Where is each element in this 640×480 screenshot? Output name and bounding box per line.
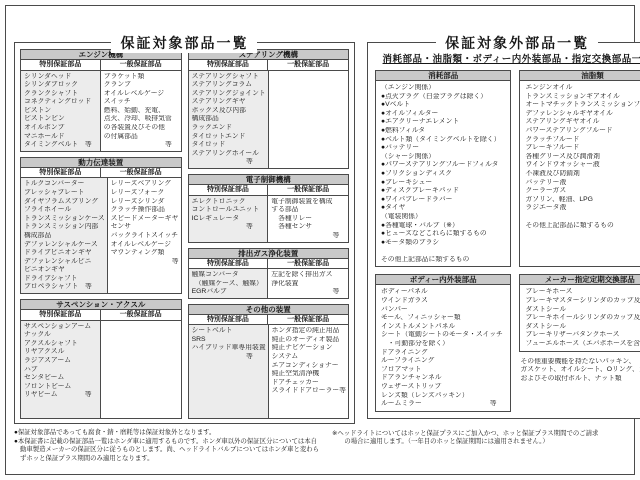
- list-item: クランクシャフト: [24, 90, 98, 99]
- list-item: 等: [192, 353, 266, 362]
- list-item: バンパー: [381, 306, 507, 315]
- engine-general-list: ブラケット類クランプオイルレベルゲージスイッチ燃料、始動、充電、点火、冷却、吸排…: [101, 71, 181, 151]
- table-other-devices: その他の装置 特別保証部品 一般保証部品 シートベルトSRSハイブリッド車専用装…: [188, 304, 349, 419]
- oils-list: エンジンオイルトランスミッションギアオイルオートマチックトランスミッションフルー…: [520, 81, 640, 266]
- covered-parts-column-2: ステアリング機構 特別保証部品 一般保証部品 ステアリングシャフトステアリングコ…: [188, 49, 349, 419]
- list-item: ダイヤフラムスプリング: [24, 198, 105, 207]
- list-item: ●各種電球・バルブ（※）: [381, 222, 507, 231]
- list-item: シリンダブロック: [24, 81, 98, 90]
- list-item: [381, 247, 507, 256]
- table-oils: 油脂類 エンジンオイルトランスミッションギアオイルオートマチックトランスミッショ…: [519, 70, 640, 267]
- list-item: リヤアクスル: [24, 348, 98, 357]
- list-item: サスペンションアーム: [24, 323, 98, 332]
- col-header-special: 特別保証部品: [189, 60, 269, 70]
- other-special-list: シートベルトSRSハイブリッド車専用装置 等: [189, 325, 269, 418]
- list-item: ステアリングジョイント: [192, 90, 266, 99]
- suspension-general-list: [101, 321, 181, 418]
- list-item: 等: [271, 232, 346, 241]
- list-item: 各種グリース及び潤滑剤: [525, 153, 640, 162]
- list-item: 構成部品: [192, 115, 266, 124]
- list-item: 等: [192, 223, 266, 232]
- list-item: 不凍液及び防錆剤: [525, 170, 640, 179]
- exhaust-special-list: 触媒コンバータ （触媒ケース、触媒）EGRバルブ: [189, 269, 269, 298]
- scheduled-replacement-note: その他重要機能を持たないパッキン、ガスケット、オイルシート、Oリング、カバーおよ…: [519, 358, 640, 384]
- steering-general-list: [269, 71, 348, 169]
- list-item: ●フリクションディスク: [381, 170, 507, 179]
- list-item: ICレギュレータ: [192, 215, 266, 224]
- list-item: ウェザーストリップ: [381, 383, 507, 392]
- list-item: （シャーシ関係）: [381, 153, 507, 162]
- list-item: センサ: [111, 223, 179, 232]
- col-header-special: 特別保証部品: [189, 185, 269, 195]
- list-item: ●パワーステアリングフルードフィルタ: [381, 161, 507, 170]
- list-item: レリーズベアリング: [111, 180, 179, 189]
- table-electronic: 電子制御機構 特別保証部品 一般保証部品 エレクトロニックコントロールユニットI…: [188, 174, 349, 242]
- non-covered-subtitle: 消耗部品・油脂類・ボディー内外装部品・指定交換部品一覧: [375, 51, 640, 65]
- list-item: モール、フィニッシャー類: [381, 314, 507, 323]
- list-item: ガソリン、軽油、LPG: [525, 196, 640, 205]
- list-item: タイロットエンド: [192, 133, 266, 142]
- list-item: フロントビーム: [24, 383, 98, 392]
- scheduled-replacement-list: ブレーキホースブレーキマスターシリンダのカップ及びダストシールブレーキホイールシ…: [520, 285, 640, 350]
- list-item: EGRバルブ: [192, 288, 266, 297]
- list-item: 各種リレー: [271, 215, 346, 224]
- list-item: ブレーキフルード: [525, 144, 640, 153]
- col-header-special: 特別保証部品: [21, 60, 101, 70]
- list-item: ウインドウオッシャー液: [525, 161, 640, 170]
- list-item: ナックル: [24, 331, 98, 340]
- list-item: （電装関係）: [381, 213, 507, 222]
- list-item: クランプ: [104, 81, 179, 90]
- table-scheduled-replacement: メーカー指定定期交換部品 ブレーキホースブレーキマスターシリンダのカップ及びダス…: [519, 274, 640, 351]
- powertrain-special-list: トルクコンバータープレッシャプレートダイヤフラムスプリングフライホイールトランス…: [21, 178, 108, 293]
- list-item: （触媒ケース、触媒）: [192, 280, 266, 289]
- footnote-headlight: ※ヘッドライトについてはホッと保証プラスにご加入かつ、ホッと保証プラス期間でのご…: [332, 430, 626, 446]
- list-item: 純正空気清浄機: [272, 370, 346, 379]
- table-other-devices-title: その他の装置: [189, 305, 348, 315]
- list-item: 等: [271, 288, 346, 297]
- col-header-special: 特別保証部品: [21, 310, 101, 320]
- list-item: ホンダ指定の純正用品: [272, 327, 346, 336]
- list-item: SRS: [192, 336, 266, 345]
- col-header-general: 一般保証部品: [101, 60, 181, 70]
- table-electronic-title: 電子制御機構: [189, 175, 348, 185]
- list-item: トランスミッションギアオイル: [525, 93, 640, 102]
- covered-parts-column-1: エンジン機構 特別保証部品 一般保証部品 シリンダヘッドシリンダブロッククランク…: [20, 49, 182, 419]
- table-consumables-title: 消耗部品: [376, 71, 511, 81]
- table-powertrain: 動力伝達装置 特別保証部品 一般保証部品 トルクコンバータープレッシャプレートダ…: [20, 157, 182, 294]
- col-header-special: 特別保証部品: [189, 315, 269, 325]
- list-item: スピードメーターギヤ: [111, 215, 179, 224]
- list-item: オイルレベルゲージ: [111, 241, 179, 250]
- list-item: ハイブリッド車専用装置: [192, 344, 266, 353]
- col-header-general: 一般保証部品: [268, 185, 348, 195]
- list-item: 構成部品: [24, 232, 105, 241]
- list-item: ラジアスアーム: [24, 357, 98, 366]
- table-suspension: サスペンション・アクスル 特別保証部品 一般保証部品 サスペンションアームナック…: [20, 299, 182, 419]
- list-item: 等: [111, 258, 179, 267]
- col-header-general: 一般保証部品: [268, 60, 348, 70]
- list-item: ラックエンド: [192, 124, 266, 133]
- list-item: スイッチ: [104, 98, 179, 107]
- footnote-corrosion: ●保証対象部品であっても腐食・錆・磨耗等は保証対象外となります。: [14, 429, 320, 437]
- table-exhaust-title: 排出ガス浄化装置: [189, 249, 348, 259]
- list-item: 等: [104, 141, 179, 150]
- list-item: ドアライニング: [381, 349, 507, 358]
- list-item: デファレンシャルケース: [24, 241, 105, 250]
- list-item: その他重要機能を持たないパッキン、: [520, 358, 640, 367]
- list-item: クラッチ操作部品: [111, 206, 179, 215]
- list-item: リヤビーム 等: [24, 391, 98, 400]
- list-item: ガスケット、オイルシート、Oリング、カバー: [520, 366, 640, 375]
- list-item: ブレーキホイールシリンダのカップ及び: [525, 314, 640, 323]
- list-item: ●エアクリーナエレメント: [381, 118, 507, 127]
- list-item: ピストン: [24, 107, 98, 116]
- list-item: ●ブレーキシュー: [381, 179, 507, 188]
- covered-parts-title: 保証対象部品一覧: [111, 33, 257, 53]
- table-steering: ステアリング機構 特別保証部品 一般保証部品 ステアリングシャフトステアリングコ…: [188, 49, 349, 169]
- list-item: ●ワイパブレードラバー: [381, 196, 507, 205]
- list-item: タイロッド: [192, 141, 266, 150]
- list-item: ●タイヤ: [381, 204, 507, 213]
- list-item: フロアマット: [381, 366, 507, 375]
- table-body-parts-title: ボディー内外装部品: [376, 275, 511, 285]
- footnote-honda-scope: ●本保証書に記載の保証部品一覧はホンダ車に適用するものです。ホンダ車以外の保証区…: [14, 438, 320, 463]
- col-header-special: 特別保証部品: [21, 168, 101, 178]
- col-header-general: 一般保証部品: [101, 310, 181, 320]
- list-item: およびその取付ボルト、ナット類: [520, 375, 640, 384]
- list-item: ●ベルト類（タイミングベルトを除く）: [381, 136, 507, 145]
- list-item: ウインドガラス: [381, 297, 507, 306]
- list-item: 点火、冷却、吸排気管: [104, 115, 179, 124]
- list-item: インストルメントパネル: [381, 323, 507, 332]
- table-oils-title: 油脂類: [520, 71, 640, 81]
- list-item: エレクトロニック: [192, 198, 266, 207]
- list-item: パワーステアリングフルード: [525, 127, 640, 136]
- list-item: 燃料、始動、充電、: [104, 107, 179, 116]
- table-suspension-title: サスペンション・アクスル: [21, 300, 181, 310]
- list-item: する部品: [271, 206, 346, 215]
- steering-special-list: ステアリングシャフトステアリングコラムステアリングジョイントステアリングギヤボッ…: [189, 71, 269, 169]
- list-item: プレッシャプレート: [24, 189, 105, 198]
- list-item: オイルポンプ: [24, 124, 98, 133]
- list-item: バックライトスイッチ: [111, 232, 179, 241]
- list-item: ブレーキホース: [525, 288, 640, 297]
- list-item: ブレーキマスターシリンダのカップ及び: [525, 297, 640, 306]
- list-item: トランスミッションケース: [24, 215, 105, 224]
- list-item: [525, 213, 640, 222]
- warranty-document-page: 保証対象部品一覧 エンジン機構 特別保証部品 一般保証部品 シリンダヘッドシリン…: [14, 12, 626, 470]
- table-engine: エンジン機構 特別保証部品 一般保証部品 シリンダヘッドシリンダブロッククランク…: [20, 49, 182, 152]
- list-item: その他上記部品に類するもの: [381, 256, 507, 265]
- list-item: デファレンシャルピニ: [24, 258, 105, 267]
- list-item: プロペラシャフト 等: [24, 283, 105, 292]
- other-general-list: ホンダ指定の純正用品純正のオーディオ製品純正ナビゲーションシステムエアコンディシ…: [269, 325, 348, 418]
- list-item: バッテリー液: [525, 179, 640, 188]
- list-item: デファレンシャルギヤオイル: [525, 110, 640, 119]
- list-item: システム: [272, 353, 346, 362]
- list-item: 左記を除く排出ガス: [271, 271, 346, 280]
- list-item: ハブ: [24, 366, 98, 375]
- list-item: ステアリングコラム: [192, 81, 266, 90]
- col-header-special: 特別保証部品: [189, 259, 269, 269]
- electronic-general-list: 電子制御装置を構成する部品 各種リレー 各種センサ 等: [268, 196, 348, 242]
- table-powertrain-title: 動力伝達装置: [21, 158, 181, 168]
- list-item: クーラーガス: [525, 187, 640, 196]
- list-item: センタビーム: [24, 374, 98, 383]
- list-item: ボディーパネル: [381, 288, 507, 297]
- list-item: ●オイルフィルター: [381, 110, 507, 119]
- table-consumables: 消耗部品 （エンジン関係）●点火プラグ（白金プラグは除く）●Vベルト●オイルフィ…: [375, 70, 512, 267]
- list-item: クラッチフルード: [525, 136, 640, 145]
- non-covered-parts-footnote: ※ヘッドライトについてはホッと保証プラスにご加入かつ、ホッと保証プラス期間でのご…: [332, 429, 626, 463]
- engine-special-list: シリンダヘッドシリンダブロッククランクシャフトコネクティングロッドピストンピスト…: [21, 71, 101, 151]
- list-item: ●Vベルト: [381, 101, 507, 110]
- powertrain-general-list: レリーズベアリングレリーズフォークレリーズシリンダクラッチ操作部品スピードメータ…: [108, 178, 181, 293]
- list-item: ブレーキリザーバタンクホース: [525, 331, 640, 340]
- list-item: ダストシール: [525, 323, 640, 332]
- list-item: （エンジン関係）: [381, 84, 507, 93]
- table-exhaust: 排出ガス浄化装置 特別保証部品 一般保証部品 触媒コンバータ （触媒ケース、触媒…: [188, 248, 349, 299]
- list-item: マニホールド: [24, 133, 98, 142]
- col-header-general: 一般保証部品: [268, 315, 348, 325]
- table-body-parts: ボディー内外装部品 ボディーパネルウインドガラスバンパーモール、フィニッシャー類…: [375, 274, 512, 411]
- list-item: ルームミラー 等: [381, 400, 507, 409]
- list-item: ●モータ類のブラシ: [381, 239, 507, 248]
- non-covered-parts-title: 保証対象外部品一覧: [436, 33, 598, 53]
- list-item: ドライブシャフト: [24, 275, 105, 284]
- list-item: エンジンオイル: [525, 84, 640, 93]
- electronic-special-list: エレクトロニックコントロールユニットICレギュレータ 等: [189, 196, 269, 242]
- covered-parts-panel: 保証対象部品一覧 エンジン機構 特別保証部品 一般保証部品 シリンダヘッドシリン…: [14, 42, 355, 424]
- list-item: 純正のオーディオ製品: [272, 336, 346, 345]
- list-item: 触媒コンバータ: [192, 271, 266, 280]
- list-item: 純正ナビゲーション: [272, 344, 346, 353]
- list-item: ●ヒューズなどこれらに類するもの: [381, 230, 507, 239]
- list-item: ●ディスクブレーキパッド: [381, 187, 507, 196]
- list-item: オートマチックトランスミッションフルード: [525, 101, 640, 110]
- list-item: の各装置及びその他: [104, 124, 179, 133]
- list-item: スライドドアローラー等: [272, 387, 346, 396]
- list-item: シリンダヘッド: [24, 73, 98, 82]
- list-item: フライホイール: [24, 206, 105, 215]
- list-item: 浄化装置: [271, 280, 346, 289]
- list-item: ●点火プラグ（白金プラグは除く）: [381, 93, 507, 102]
- list-item: レリーズフォーク: [111, 189, 179, 198]
- covered-parts-footnotes: ●保証対象部品であっても腐食・錆・磨耗等は保証対象外となります。 ●本保証書に記…: [14, 429, 320, 463]
- list-item: ドアランチャンネル: [381, 374, 507, 383]
- list-item: オイルレベルゲージ: [104, 90, 179, 99]
- list-item: ラジエータ液: [525, 204, 640, 213]
- table-scheduled-replacement-title: メーカー指定定期交換部品: [520, 275, 640, 285]
- list-item: 各種センサ: [271, 223, 346, 232]
- list-item: ステアリングホイール: [192, 150, 266, 159]
- list-item: トランスミッション内部: [24, 223, 105, 232]
- col-header-general: 一般保証部品: [268, 259, 348, 269]
- body-parts-list: ボディーパネルウインドガラスバンパーモール、フィニッシャー類インストルメントパネ…: [376, 285, 511, 410]
- list-item: ステアリングギヤ: [192, 98, 266, 107]
- suspension-special-list: サスペンションアームナックルアクスルシャフトリヤアクスルラジアスアームハブセンタ…: [21, 321, 101, 418]
- col-header-general: 一般保証部品: [101, 168, 181, 178]
- consumables-list: （エンジン関係）●点火プラグ（白金プラグは除く）●Vベルト●オイルフィルター●エ…: [376, 81, 511, 266]
- list-item: ピストンピン: [24, 115, 98, 124]
- list-item: ドライブピニオンギヤ: [24, 249, 105, 258]
- list-item: ・可動部分を除く）: [381, 340, 507, 349]
- list-item: ブラケット類: [104, 73, 179, 82]
- list-item: コントロールユニット: [192, 206, 266, 215]
- list-item: その他上記部品に類するもの: [525, 222, 640, 231]
- list-item: ステアリングシャフト: [192, 73, 266, 82]
- list-item: レリーズシリンダ: [111, 198, 179, 207]
- list-item: コネクティングロッド: [24, 98, 98, 107]
- list-item: ●燃料フィルタ: [381, 127, 507, 136]
- list-item: シートベルト: [192, 327, 266, 336]
- list-item: ●バッテリー: [381, 144, 507, 153]
- list-item: ルーフライニング: [381, 357, 507, 366]
- list-item: レンズ類（レンズパッキン）: [381, 392, 507, 401]
- list-item: アクスルシャフト: [24, 340, 98, 349]
- list-item: ボックス及び内部: [192, 107, 266, 116]
- list-item: ピニオンギヤ: [24, 266, 105, 275]
- list-item: の付属部品: [104, 133, 179, 142]
- list-item: マウンティング類: [111, 249, 179, 258]
- list-item: シート（電動シートのモータ・スイッチ: [381, 331, 507, 340]
- list-item: エアコンディショナー: [272, 362, 346, 371]
- list-item: 電子制御装置を構成: [271, 198, 346, 207]
- non-covered-parts-panel: 保証対象外部品一覧 消耗部品・油脂類・ボディー内外装部品・指定交換部品一覧 消耗…: [367, 42, 640, 419]
- list-item: ダストシール: [525, 306, 640, 315]
- exhaust-general-list: 左記を除く排出ガス浄化装置 等: [268, 269, 348, 298]
- list-item: タイミングベルト 等: [24, 141, 98, 150]
- list-item: ドアチェッカー: [272, 379, 346, 388]
- list-item: 等: [192, 158, 266, 167]
- list-item: トルクコンバーター: [24, 180, 105, 189]
- list-item: フューエルホース（エバポホースを含む）: [525, 340, 640, 349]
- list-item: ステアリングギヤオイル: [525, 118, 640, 127]
